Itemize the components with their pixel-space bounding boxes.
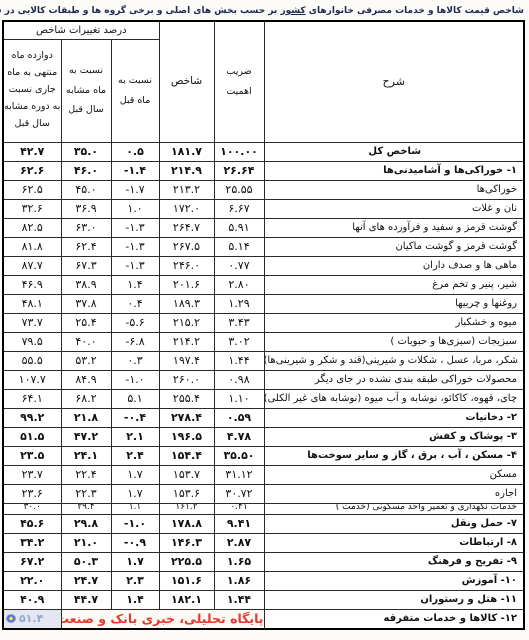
highlighted-value: ۵۱.۴ xyxy=(19,612,43,625)
y12-cell: ۸۲.۵ xyxy=(3,218,61,237)
yoy-cell: ۶۳.۰ xyxy=(61,218,111,237)
title-bar: شاخص قیمت کالاها و خدمات مصرفی خانوارهای… xyxy=(0,0,529,20)
yoy-cell: ۶۲.۴ xyxy=(61,237,111,256)
yoy-cell: ۸۴.۹ xyxy=(61,370,111,389)
table-row: ۳- پوشاک و کفش۴.۷۸۱۹۶.۵۲.۱۴۷.۲۵۱.۵ xyxy=(3,427,524,446)
row-label: سبزیجات (سبزی‌ها و حبوبات ) xyxy=(264,332,524,351)
index-cell: ۱۸۹.۳ xyxy=(159,294,214,313)
title-text-pre: شاخص قیمت کالاها و خدمات مصرفی خانوارهای xyxy=(306,6,524,16)
row-label: ۷- حمل ونقل xyxy=(264,514,524,533)
header-pct-group: درصد تغییرات شاخص xyxy=(3,21,159,39)
weight-cell: ۴.۷۸ xyxy=(214,427,264,446)
weight-cell: ۱.۸۶ xyxy=(214,571,264,590)
yoy-cell: ۲۹.۸ xyxy=(61,514,111,533)
mom-cell: -۰.۴ xyxy=(111,408,159,427)
y12-cell: ۳۰.۰ xyxy=(3,503,61,514)
mom-cell: ۲.۱ xyxy=(111,427,159,446)
index-cell: ۱۹۶.۵ xyxy=(159,427,214,446)
y12-cell: ۳۴.۲ xyxy=(3,533,61,552)
y12-cell: ۸۱.۸ xyxy=(3,237,61,256)
mom-cell: -۰.۹ xyxy=(111,533,159,552)
table-row: اجاره۳۰.۷۲۱۵۳.۶۱.۷۲۲.۳۲۳.۶ xyxy=(3,484,524,503)
yoy-cell: ۲۴.۷ xyxy=(61,571,111,590)
table-row: شکر، مربا، عسل ، شکلات و شیرینی(قند و شک… xyxy=(3,351,524,370)
index-cell: ۱۵۳.۶ xyxy=(159,484,214,503)
mom-cell: -۱.۴ xyxy=(111,161,159,180)
yoy-cell: ۲۵.۴ xyxy=(61,313,111,332)
row-label: شاخص کل xyxy=(264,142,524,161)
y12-cell: ۳۲.۶ xyxy=(3,199,61,218)
row-label: نان و غلات xyxy=(264,199,524,218)
header-index: شاخص xyxy=(159,21,214,142)
index-cell: ۱۸۱.۷ xyxy=(159,142,214,161)
row-label: ۲- دخانیات xyxy=(264,408,524,427)
y12-cell: ۶۴.۱ xyxy=(3,389,61,408)
row-label: گوشت قرمز و گوشت ماکیان xyxy=(264,237,524,256)
mom-cell: ۲.۳ xyxy=(111,571,159,590)
weight-cell: ۱.۲۹ xyxy=(214,294,264,313)
yoy-cell: ۴۶.۰ xyxy=(61,161,111,180)
table-row: ۱- خوراکی‌ها و آشامیدنی‌ها۲۶.۶۴۲۱۴.۹-۱.۴… xyxy=(3,161,524,180)
index-cell: ۲۰۱.۶ xyxy=(159,275,214,294)
mom-cell: ۱.۷ xyxy=(111,552,159,571)
weight-cell: ۱.۴۴ xyxy=(214,590,264,609)
row-label: چای، قهوه، کاکائو، نوشابه و آب میوه (نوش… xyxy=(264,389,524,408)
weight-cell: ۱.۱۰ xyxy=(214,389,264,408)
y12-cell: ۶۲.۶ xyxy=(3,161,61,180)
row-label: ۱- خوراکی‌ها و آشامیدنی‌ها xyxy=(264,161,524,180)
table-row: چای، قهوه، کاکائو، نوشابه و آب میوه (نوش… xyxy=(3,389,524,408)
table-row: نان و غلات۶.۶۷۱۷۲.۰۱.۰۳۶.۹۳۲.۶ xyxy=(3,199,524,218)
table-row: گوشت قرمز و گوشت ماکیان۵.۱۴۲۶۷.۵-۱.۳۶۲.۴… xyxy=(3,237,524,256)
mom-cell: ۵.۱ xyxy=(111,389,159,408)
weight-cell: ۲۶.۶۴ xyxy=(214,161,264,180)
table-row: ۷- حمل ونقل۹.۴۱۱۷۸.۸-۱.۰۲۹.۸۴۵.۶ xyxy=(3,514,524,533)
y12-cell: ۲۳.۵ xyxy=(3,446,61,465)
weight-cell: ۳۰.۷۲ xyxy=(214,484,264,503)
y12-cell: ۵۱.۵ xyxy=(3,427,61,446)
row-label: ۹- تفریح و فرهنگ xyxy=(264,552,524,571)
index-cell: ۲۱۴.۲ xyxy=(159,332,214,351)
mom-cell: ۰.۴ xyxy=(111,294,159,313)
row-label: روغنها و چربیها xyxy=(264,294,524,313)
mom-cell: -۱.۳ xyxy=(111,218,159,237)
table-row: ۲- دخانیات۰.۵۹۲۷۸.۴-۰.۴۲۱.۸۹۹.۲ xyxy=(3,408,524,427)
index-cell: ۲۵۵.۴ xyxy=(159,389,214,408)
index-cell: ۱۷۲.۰ xyxy=(159,199,214,218)
y12-cell: ۷۳.۷ xyxy=(3,313,61,332)
row-label: مسکن xyxy=(264,465,524,484)
table-header: شرح ضریب اهمیت شاخص درصد تغییرات شاخص نس… xyxy=(3,21,524,142)
y12-cell: ۶۲.۵ xyxy=(3,180,61,199)
table-row: ۸- ارتباطات۲.۸۷۱۴۶.۳-۰.۹۲۱.۰۳۴.۲ xyxy=(3,533,524,552)
table-row: محصولات خوراکی طبقه بندی نشده در جای دیگ… xyxy=(3,370,524,389)
mom-cell: ۱.۴ xyxy=(111,275,159,294)
watermark-text: پایگاه تحلیلی، خبری بانک و صنعت xyxy=(61,611,264,626)
row-label: شیر، پنیر و تخم مرغ xyxy=(264,275,524,294)
y12-cell: ۲۳.۶ xyxy=(3,484,61,503)
weight-cell: ۰.۷۷ xyxy=(214,256,264,275)
yoy-cell: ۵۳.۲ xyxy=(61,351,111,370)
yoy-cell: ۲۱.۰ xyxy=(61,533,111,552)
row-label: ۳- پوشاک و کفش xyxy=(264,427,524,446)
table-row: شیر، پنیر و تخم مرغ۲.۸۰۲۰۱.۶۱.۴۳۸.۹۴۶.۹ xyxy=(3,275,524,294)
mom-cell: -۵.۶ xyxy=(111,313,159,332)
y12-cell: ۱۰۷.۷ xyxy=(3,370,61,389)
header-mom: نسبت به ماه قبل xyxy=(111,39,159,142)
index-cell: ۲۱۳.۲ xyxy=(159,180,214,199)
row-label: شکر، مربا، عسل ، شکلات و شیرینی(قند و شک… xyxy=(264,351,524,370)
table-row: ۱۲- کالاها و خدمات متفرقهپایگاه تحلیلی، … xyxy=(3,609,524,629)
mom-cell: -۱.۳ xyxy=(111,237,159,256)
row-label: ۱۱- هتل و رستوران xyxy=(264,590,524,609)
weight-cell: ۲۵.۵۵ xyxy=(214,180,264,199)
row-label: ۴- مسکن ، آب ، برق ، گاز و سایر سوخت‌ها xyxy=(264,446,524,465)
yoy-cell: ۴۵.۰ xyxy=(61,180,111,199)
y12-cell: ۴۶.۹ xyxy=(3,275,61,294)
cpi-table: شرح ضریب اهمیت شاخص درصد تغییرات شاخص نس… xyxy=(2,20,525,630)
index-cell: ۲۶۷.۵ xyxy=(159,237,214,256)
yoy-cell: ۳۶.۹ xyxy=(61,199,111,218)
weight-cell: ۰.۹۸ xyxy=(214,370,264,389)
weight-cell: ۳۵.۵۰ xyxy=(214,446,264,465)
table-row: سبزیجات (سبزی‌ها و حبوبات )۳.۰۲۲۱۴.۲-۶.۸… xyxy=(3,332,524,351)
y12-cell: ۲۳.۷ xyxy=(3,465,61,484)
title-link-word: کشور xyxy=(280,6,305,16)
weight-cell: ۰.۴۱ xyxy=(214,503,264,514)
index-cell: ۲۴۶.۰ xyxy=(159,256,214,275)
row-label: خوراکی‌ها xyxy=(264,180,524,199)
table-row-clipped: خدمات نگهداری و تعمیر واحد مسکونی (خدمت … xyxy=(3,503,524,514)
yoy-cell: ۵۰.۳ xyxy=(61,552,111,571)
row-label: اجاره xyxy=(264,484,524,503)
row-label: میوه و خشکبار xyxy=(264,313,524,332)
table-row: مسکن۳۱.۱۲۱۵۳.۷۱.۷۲۲.۴۲۳.۷ xyxy=(3,465,524,484)
weight-cell: ۵.۹۱ xyxy=(214,218,264,237)
index-cell: ۱۸۲.۱ xyxy=(159,590,214,609)
index-cell: ۱۵۳.۷ xyxy=(159,465,214,484)
index-cell: ۱۹۷.۴ xyxy=(159,351,214,370)
mom-cell: -۱.۷ xyxy=(111,180,159,199)
weight-cell: ۹.۴۱ xyxy=(214,514,264,533)
weight-cell: ۳۱.۱۲ xyxy=(214,465,264,484)
table-row: خوراکی‌ها۲۵.۵۵۲۱۳.۲-۱.۷۴۵.۰۶۲.۵ xyxy=(3,180,524,199)
index-cell: ۱۷۸.۸ xyxy=(159,514,214,533)
mom-cell: ۲.۴ xyxy=(111,446,159,465)
index-cell: ۱۵۴.۴ xyxy=(159,446,214,465)
header-desc: شرح xyxy=(264,21,524,142)
yoy-cell: ۲۹.۴ xyxy=(61,503,111,514)
table-body: شاخص کل۱۰۰.۰۰۱۸۱.۷۰.۵۳۵.۰۴۲.۷۱- خوراکی‌ه… xyxy=(3,142,524,629)
weight-cell: ۲.۸۷ xyxy=(214,533,264,552)
yoy-cell: ۲۲.۳ xyxy=(61,484,111,503)
table-row: ۴- مسکن ، آب ، برق ، گاز و سایر سوخت‌ها۳… xyxy=(3,446,524,465)
yoy-cell: ۳۷.۸ xyxy=(61,294,111,313)
row-label: گوشت قرمز و سفید و فرآورده های آنها xyxy=(264,218,524,237)
y12-cell: ۵۵.۵ xyxy=(3,351,61,370)
row-label: خدمات نگهداری و تعمیر واحد مسکونی (خدمت … xyxy=(264,503,524,514)
mom-cell: ۱.۷ xyxy=(111,484,159,503)
index-cell: ۱۴۶.۳ xyxy=(159,533,214,552)
yoy-cell: ۲۲.۴ xyxy=(61,465,111,484)
index-cell: ۲۷۸.۴ xyxy=(159,408,214,427)
table-row: ۱۰- آموزش۱.۸۶۱۵۱.۶۲.۳۲۴.۷۲۲.۰ xyxy=(3,571,524,590)
mom-cell: -۱.۰ xyxy=(111,370,159,389)
mom-cell: ۰.۳ xyxy=(111,351,159,370)
index-cell: ۲۲۵.۵ xyxy=(159,552,214,571)
index-cell: ۲۶۴.۷ xyxy=(159,218,214,237)
weight-cell: ۳.۰۲ xyxy=(214,332,264,351)
page-title: شاخص قیمت کالاها و خدمات مصرفی خانوارهای… xyxy=(0,6,524,16)
index-cell: ۲۶۰.۰ xyxy=(159,370,214,389)
row-label: ماهی ها و صدف داران xyxy=(264,256,524,275)
table-row: روغنها و چربیها۱.۲۹۱۸۹.۳۰.۴۳۷.۸۴۸.۱ xyxy=(3,294,524,313)
yoy-cell: ۶۷.۳ xyxy=(61,256,111,275)
index-cell: ۲۱۴.۹ xyxy=(159,161,214,180)
yoy-cell: ۶۸.۲ xyxy=(61,389,111,408)
mom-cell: -۶.۸ xyxy=(111,332,159,351)
y12-cell: ۷۹.۵ xyxy=(3,332,61,351)
mom-cell: ۱.۰ xyxy=(111,199,159,218)
weight-cell: ۶.۶۷ xyxy=(214,199,264,218)
yoy-cell: ۴۰.۰ xyxy=(61,332,111,351)
weight-cell: ۱۰۰.۰۰ xyxy=(214,142,264,161)
y12-cell: ۶۷.۲ xyxy=(3,552,61,571)
y12-cell: ۴۲.۷ xyxy=(3,142,61,161)
y12-cell: ۴۵.۶ xyxy=(3,514,61,533)
y12-cell: ۴۸.۱ xyxy=(3,294,61,313)
yoy-cell: ۲۴.۱ xyxy=(61,446,111,465)
table-row: گوشت قرمز و سفید و فرآورده های آنها۵.۹۱۲… xyxy=(3,218,524,237)
y12-cell-highlighted: ۵۱.۴ xyxy=(3,609,61,629)
row-label: ۱۲- کالاها و خدمات متفرقه xyxy=(264,609,524,629)
header-12mo: دوازده ماه منتهی به ماه جاری نسبت به دور… xyxy=(3,39,61,142)
weight-cell: ۰.۵۹ xyxy=(214,408,264,427)
row-label: محصولات خوراکی طبقه بندی نشده در جای دیگ… xyxy=(264,370,524,389)
yoy-cell: ۳۸.۹ xyxy=(61,275,111,294)
index-cell: ۱۵۱.۶ xyxy=(159,571,214,590)
title-text-post: بر حسب بخش های اصلی و برخی گروه ها و طبق… xyxy=(0,6,280,16)
weight-cell: ۵.۱۴ xyxy=(214,237,264,256)
y12-cell: ۸۷.۷ xyxy=(3,256,61,275)
index-cell: ۱۶۱.۲ xyxy=(159,503,214,514)
weight-cell: ۲.۸۰ xyxy=(214,275,264,294)
table-row: میوه و خشکبار۳.۴۳۲۱۵.۲-۵.۶۲۵.۴۷۳.۷ xyxy=(3,313,524,332)
mom-cell: ۱.۱ xyxy=(111,503,159,514)
table-row: شاخص کل۱۰۰.۰۰۱۸۱.۷۰.۵۳۵.۰۴۲.۷ xyxy=(3,142,524,161)
watermark-cell: پایگاه تحلیلی، خبری بانک و صنعت xyxy=(61,609,264,629)
header-weight: ضریب اهمیت xyxy=(214,21,264,142)
yoy-cell: ۳۵.۰ xyxy=(61,142,111,161)
mom-cell: -۱.۰ xyxy=(111,514,159,533)
table-row: ۱۱- هتل و رستوران۱.۴۴۱۸۲.۱۱.۴۴۴.۷۴۰.۹ xyxy=(3,590,524,609)
index-cell: ۲۱۵.۲ xyxy=(159,313,214,332)
mom-cell: ۱.۴ xyxy=(111,590,159,609)
y12-cell: ۴۰.۹ xyxy=(3,590,61,609)
site-logo-icon xyxy=(6,614,16,623)
page: شاخص قیمت کالاها و خدمات مصرفی خانوارهای… xyxy=(0,0,529,640)
yoy-cell: ۲۱.۸ xyxy=(61,408,111,427)
y12-cell: ۹۹.۲ xyxy=(3,408,61,427)
row-label: ۱۰- آموزش xyxy=(264,571,524,590)
header-yoy: نسبت به ماه مشابه سال قبل xyxy=(61,39,111,142)
y12-cell: ۲۲.۰ xyxy=(3,571,61,590)
mom-cell: ۰.۵ xyxy=(111,142,159,161)
yoy-cell: ۴۴.۷ xyxy=(61,590,111,609)
table-row: ماهی ها و صدف داران۰.۷۷۲۴۶.۰-۱.۳۶۷.۳۸۷.۷ xyxy=(3,256,524,275)
row-label: ۸- ارتباطات xyxy=(264,533,524,552)
weight-cell: ۱.۶۵ xyxy=(214,552,264,571)
mom-cell: ۱.۷ xyxy=(111,465,159,484)
table-row: ۹- تفریح و فرهنگ۱.۶۵۲۲۵.۵۱.۷۵۰.۳۶۷.۲ xyxy=(3,552,524,571)
weight-cell: ۱.۴۴ xyxy=(214,351,264,370)
yoy-cell: ۴۷.۲ xyxy=(61,427,111,446)
mom-cell: -۱.۳ xyxy=(111,256,159,275)
weight-cell: ۳.۴۳ xyxy=(214,313,264,332)
